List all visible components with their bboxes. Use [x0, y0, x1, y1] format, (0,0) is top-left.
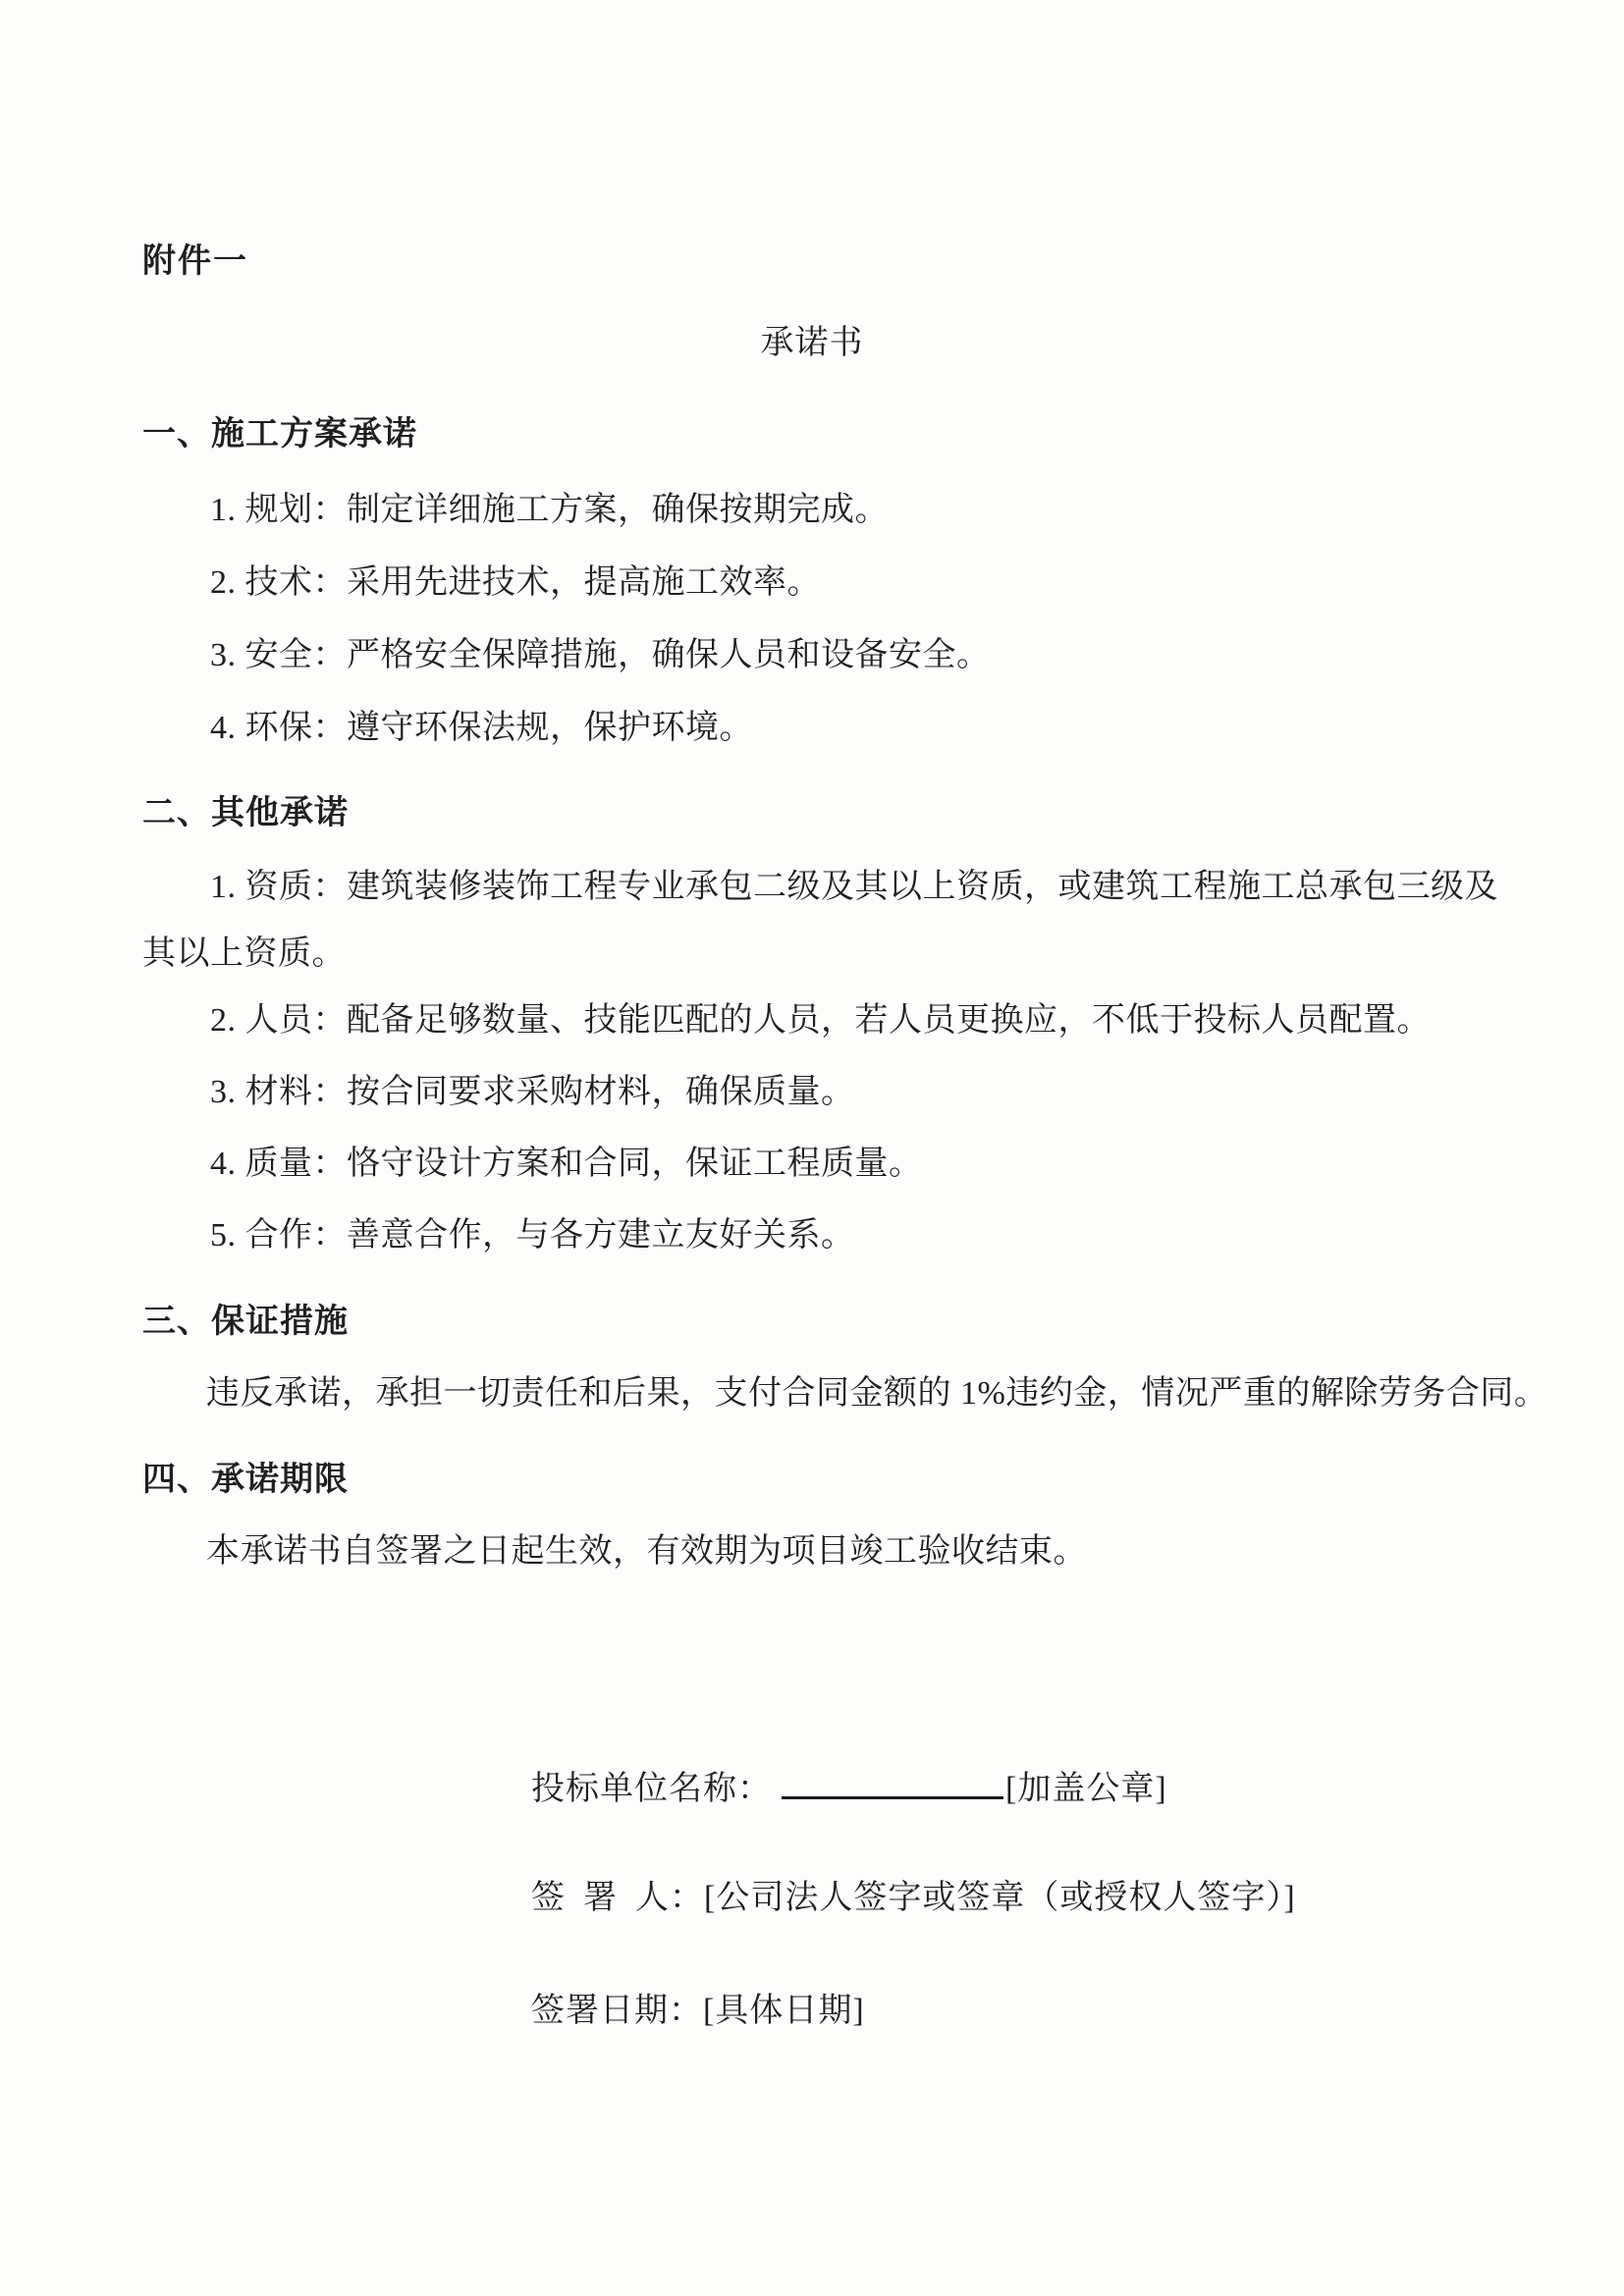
bidder-name-blank: [782, 1767, 1003, 1799]
section-3-heading: 三、保证措施: [142, 1306, 349, 1339]
section-1-item-4: 4. 环保：遵守环保法规，保护环境。: [210, 712, 753, 745]
section-1-item-1: 1. 规划：制定详细施工方案，确保按期完成。: [210, 494, 889, 527]
section-4-body: 本承诺书自签署之日起生效，有效期为项目竣工验收结束。: [206, 1535, 1087, 1569]
section-1-heading: 一、施工方案承诺: [142, 418, 417, 452]
attachment-label: 附件一: [142, 245, 248, 279]
section-2-item-5: 5. 合作：善意合作，与各方建立友好关系。: [210, 1219, 855, 1253]
date-label: 签署日期：: [531, 1993, 703, 2029]
section-3-body: 违反承诺，承担一切责任和后果，支付合同金额的 1%违约金，情况严重的解除劳务合同…: [206, 1377, 1547, 1411]
section-1-item-3: 3. 安全：严格安全保障措施，确保人员和设备安全。: [210, 639, 991, 672]
bidder-name-label: 投标单位名称：: [531, 1771, 772, 1807]
section-2-item-4: 4. 质量：恪守设计方案和合同，保证工程质量。: [210, 1148, 923, 1181]
signature-date-line: 签署日期：[具体日期]: [531, 1995, 865, 2028]
section-1-item-2: 2. 技术：采用先进技术，提高施工效率。: [210, 566, 821, 600]
scanned-document-page: 附件一 承诺书 一、施工方案承诺 1. 规划：制定详细施工方案，确保按期完成。 …: [0, 0, 1624, 2296]
date-value: [具体日期]: [703, 1993, 865, 2029]
section-4-heading: 四、承诺期限: [142, 1464, 349, 1497]
signature-signer-line: 签 署 人：[公司法人签字或签章（或授权人签字）]: [531, 1882, 1296, 1915]
document-title: 承诺书: [0, 327, 1624, 360]
section-2-item-3: 3. 材料：按合同要求采购材料，确保质量。: [210, 1076, 855, 1109]
section-2-heading: 二、其他承诺: [142, 797, 349, 830]
section-2-item-1: 1. 资质：建筑装修装饰工程专业承包二级及其以上资质，或建筑工程施工总承包三级及…: [142, 854, 1499, 988]
signer-label: 签 署 人：: [531, 1880, 704, 1916]
seal-note: [加盖公章]: [1005, 1771, 1167, 1807]
signature-bidder-line: 投标单位名称：[加盖公章]: [531, 1767, 1167, 1806]
signer-value: [公司法人签字或签章（或授权人签字）]: [704, 1880, 1296, 1916]
section-2-item-2: 2. 人员：配备足够数量、技能匹配的人员，若人员更换应，不低于投标人员配置。: [210, 1004, 1431, 1038]
